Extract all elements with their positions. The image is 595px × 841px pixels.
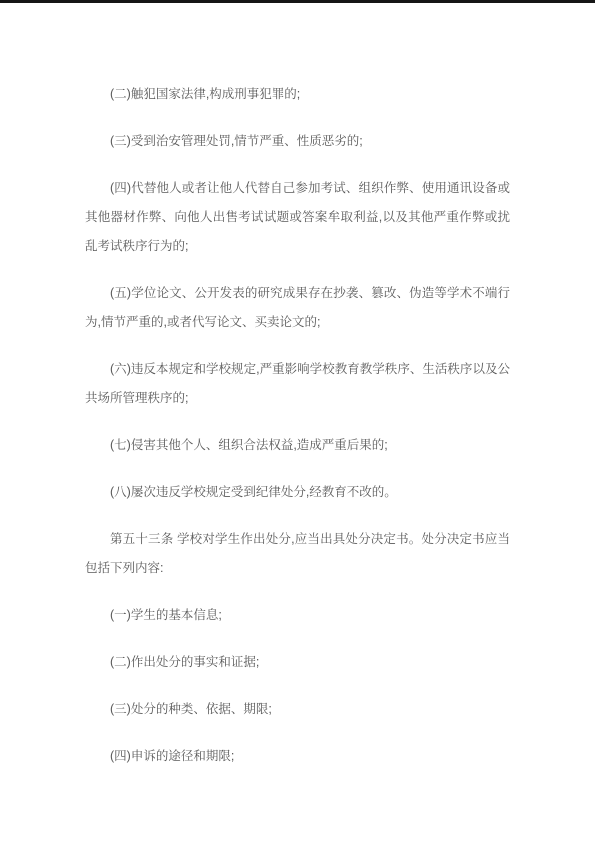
document-body: (二)触犯国家法律,构成刑事犯罪的; (三)受到治安管理处罚,情节严重、性质恶劣… <box>85 80 510 789</box>
paragraph-subitem-2: (二)作出处分的事实和证据; <box>85 648 510 677</box>
paragraph-item-6: (六)违反本规定和学校规定,严重影响学校教育教学秩序、生活秩序以及公共场所管理秩… <box>85 355 510 413</box>
paragraph-item-7: (七)侵害其他个人、组织合法权益,造成严重后果的; <box>85 431 510 460</box>
paragraph-item-3: (三)受到治安管理处罚,情节严重、性质恶劣的; <box>85 127 510 156</box>
paragraph-item-8: (八)屡次违反学校规定受到纪律处分,经教育不改的。 <box>85 478 510 507</box>
top-border-bar <box>0 0 595 3</box>
paragraph-item-5: (五)学位论文、公开发表的研究成果存在抄袭、篡改、伪造等学术不端行为,情节严重的… <box>85 279 510 337</box>
paragraph-item-2: (二)触犯国家法律,构成刑事犯罪的; <box>85 80 510 109</box>
paragraph-subitem-1: (一)学生的基本信息; <box>85 601 510 630</box>
paragraph-item-4: (四)代替他人或者让他人代替自己参加考试、组织作弊、使用通讯设备或其他器材作弊、… <box>85 174 510 261</box>
paragraph-subitem-4: (四)申诉的途径和期限; <box>85 742 510 771</box>
document-page: { "page": { "background_color": "#ffffff… <box>0 0 595 841</box>
paragraph-article-53: 第五十三条 学校对学生作出处分,应当出具处分决定书。处分决定书应当包括下列内容: <box>85 525 510 583</box>
paragraph-subitem-3: (三)处分的种类、依据、期限; <box>85 695 510 724</box>
